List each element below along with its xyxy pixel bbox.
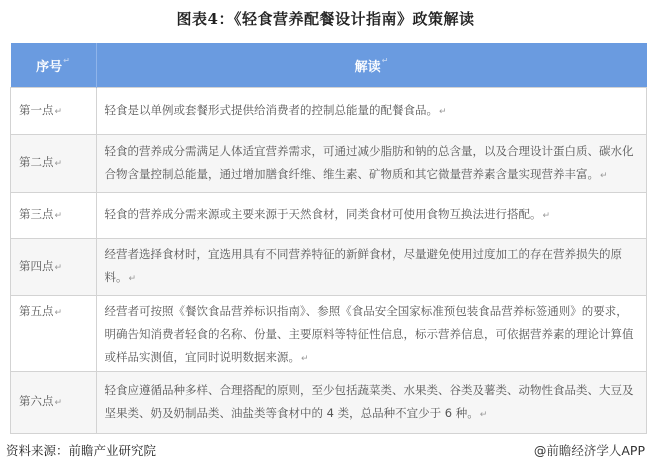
- figure-title: 图表4：《轻食营养配餐设计指南》政策解读: [0, 8, 651, 29]
- row-text: 轻食是以单例或套餐形式提供给消费者的控制总能量的配餐食品。↵: [96, 88, 647, 135]
- row-number: 第四点↵: [11, 239, 97, 296]
- policy-table: 序号↵ 解读↵ 第一点↵ 轻食是以单例或套餐形式提供给消费者的控制总能量的配餐食…: [10, 43, 647, 434]
- paragraph-mark-icon: ↵: [480, 410, 488, 420]
- row-text: 轻食应遵循品种多样、合理搭配的原则，至少包括蔬菜类、水果类、谷类及薯类、动物性食…: [96, 372, 647, 434]
- row-text: 轻食的营养成分需来源或主要来源于天然食材，同类食材可使用食物互换法进行搭配。↵: [96, 193, 647, 239]
- paragraph-mark-icon: ↵: [63, 56, 70, 65]
- table-row: 第三点↵ 轻食的营养成分需来源或主要来源于天然食材，同类食材可使用食物互换法进行…: [11, 193, 647, 239]
- column-header-interpretation: 解读↵: [96, 43, 647, 88]
- table-row: 第二点↵ 轻食的营养成分需满足人体适宜营养需求，可通过减少脂肪和钠的总含量，以及…: [11, 135, 647, 193]
- paragraph-mark-icon: ↵: [600, 171, 608, 181]
- paragraph-mark-icon: ↵: [55, 398, 63, 408]
- credit-note: @前瞻经济学人APP: [534, 441, 645, 459]
- row-number: 第一点↵: [11, 88, 97, 135]
- column-header-number: 序号↵: [11, 43, 97, 88]
- paragraph-mark-icon: ↵: [55, 263, 63, 273]
- table-row: 第六点↵ 轻食应遵循品种多样、合理搭配的原则，至少包括蔬菜类、水果类、谷类及薯类…: [11, 372, 647, 434]
- table-row: 第四点↵ 经营者选择食材时，宜选用具有不同营养特征的新鲜食材，尽量避免使用过度加…: [11, 239, 647, 296]
- paragraph-mark-icon: ↵: [382, 56, 389, 65]
- table-row: 第一点↵ 轻食是以单例或套餐形式提供给消费者的控制总能量的配餐食品。↵: [11, 88, 647, 135]
- paragraph-mark-icon: ↵: [129, 274, 137, 284]
- row-text: 经营者可按照《餐饮食品营养标识指南》、参照《食品安全国家标准预包装食品营养标签通…: [96, 296, 647, 372]
- row-number: 第二点↵: [11, 135, 97, 193]
- row-number: 第三点↵: [11, 193, 97, 239]
- row-text: 经营者选择食材时，宜选用具有不同营养特征的新鲜食材，尽量避免使用过度加工的存在营…: [96, 239, 647, 296]
- paragraph-mark-icon: ↵: [55, 159, 63, 169]
- paragraph-mark-icon: ↵: [55, 107, 63, 117]
- paragraph-mark-icon: ↵: [543, 211, 551, 221]
- paragraph-mark-icon: ↵: [55, 211, 63, 221]
- paragraph-mark-icon: ↵: [439, 107, 447, 117]
- row-text: 轻食的营养成分需满足人体适宜营养需求，可通过减少脂肪和钠的总含量，以及合理设计蛋…: [96, 135, 647, 193]
- row-number: 第六点↵: [11, 372, 97, 434]
- row-number: 第五点↵: [11, 296, 97, 372]
- source-note: 资料来源：前瞻产业研究院: [6, 441, 156, 459]
- paragraph-mark-icon: ↵: [55, 308, 63, 318]
- table-header-row: 序号↵ 解读↵: [11, 43, 647, 88]
- paragraph-mark-icon: ↵: [301, 354, 309, 364]
- table-row: 第五点↵ 经营者可按照《餐饮食品营养标识指南》、参照《食品安全国家标准预包装食品…: [11, 296, 647, 372]
